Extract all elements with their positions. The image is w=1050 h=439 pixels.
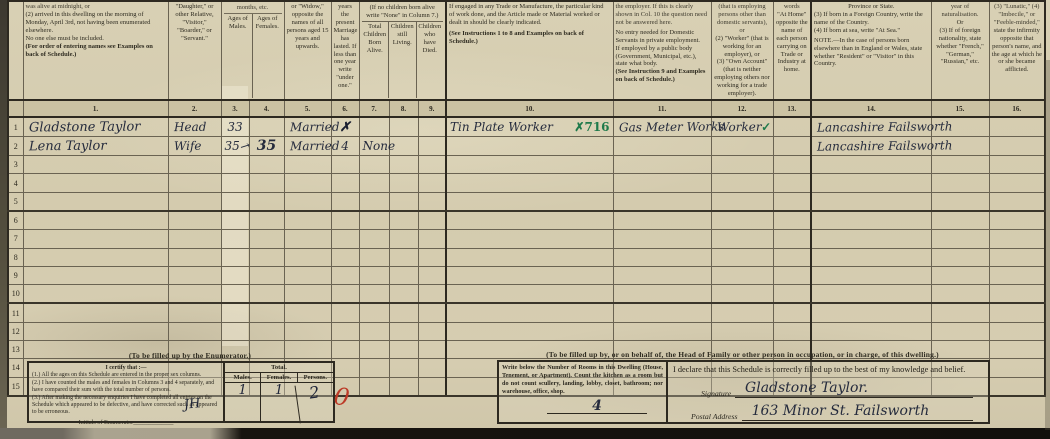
empty-cell bbox=[221, 285, 249, 304]
empty-cell bbox=[389, 211, 418, 230]
handwritten-persons-total: 2 bbox=[294, 381, 335, 424]
empty-cell bbox=[811, 285, 931, 304]
cell-industry bbox=[613, 137, 711, 156]
empty-cell bbox=[446, 248, 613, 266]
empty-cell bbox=[221, 266, 249, 284]
row-number: 8 bbox=[8, 248, 23, 266]
empty-cell bbox=[613, 266, 711, 284]
empty-cell bbox=[359, 322, 389, 340]
table-row-3: 3 bbox=[8, 156, 1045, 174]
arrow-mark: → bbox=[238, 139, 251, 154]
col-num-15: 15. bbox=[931, 100, 989, 117]
scan-edge-left bbox=[0, 0, 7, 430]
empty-cell bbox=[613, 192, 711, 211]
empty-cell bbox=[711, 230, 773, 248]
empty-cell bbox=[23, 156, 168, 174]
empty-cell bbox=[931, 192, 989, 211]
column-header-birthplace: Province or State. (3) If born in a Fore… bbox=[811, 1, 931, 100]
empty-cell bbox=[989, 266, 1045, 284]
initials-label: Initials of Enumerator bbox=[79, 419, 134, 426]
column-header-children: (If no children born alive write "None" … bbox=[359, 1, 446, 100]
empty-cell bbox=[284, 192, 331, 211]
empty-cell bbox=[23, 248, 168, 266]
empty-cell bbox=[168, 303, 221, 322]
empty-cell bbox=[811, 303, 931, 322]
checkmark-icon: ✓ bbox=[761, 120, 771, 134]
empty-cell bbox=[811, 322, 931, 340]
cell-children-born bbox=[359, 117, 389, 137]
empty-cell bbox=[931, 230, 989, 248]
empty-cell bbox=[418, 174, 446, 192]
empty-cell bbox=[773, 322, 811, 340]
cell-occupation: Tin Plate Worker ✗716 bbox=[446, 117, 613, 137]
handwritten-relation: Head bbox=[168, 121, 206, 133]
row-number: 11 bbox=[8, 303, 23, 322]
empty-cell bbox=[613, 285, 711, 304]
empty-cell bbox=[359, 211, 389, 230]
empty-cell bbox=[168, 156, 221, 174]
empty-cell bbox=[711, 174, 773, 192]
handwritten-condition: Married bbox=[284, 140, 339, 152]
empty-cell bbox=[331, 230, 359, 248]
column-header-relationship: "Daughter," or other Relative, "Visitor,… bbox=[168, 1, 221, 100]
empty-cell bbox=[446, 192, 613, 211]
empty-cell bbox=[221, 248, 249, 266]
table-row-2: 2 Lena Taylor Wife 35→ 35 Married 4 None… bbox=[8, 137, 1045, 156]
table-row-10: 10 bbox=[8, 285, 1045, 304]
column-header-years-married: years the present Marriage has lasted. I… bbox=[331, 1, 359, 100]
males-label: Males. bbox=[225, 373, 260, 382]
table-row-1: 1 Gladstone Taylor Head 33 Married ✗ Tin… bbox=[8, 117, 1045, 137]
handwritten-birthplace: Lancashire Failsworth bbox=[812, 139, 952, 152]
column-header-infirmity: (3) "Lunatic," (4) "Imbecile," or "Feebl… bbox=[989, 1, 1045, 100]
bottom-section: (To be filled up by the Enumerator.) I c… bbox=[0, 347, 1050, 428]
empty-cell bbox=[249, 303, 284, 322]
column-header-industry: the employer. If this is clearly shown i… bbox=[613, 1, 711, 100]
table-row-8: 8 bbox=[8, 248, 1045, 266]
empty-cell bbox=[418, 230, 446, 248]
col-num-16: 16. bbox=[989, 100, 1045, 117]
column-header-occupation: If engaged in any Trade or Manufacture, … bbox=[446, 1, 613, 100]
empty-cell bbox=[773, 303, 811, 322]
empty-cell bbox=[811, 248, 931, 266]
empty-cell bbox=[359, 174, 389, 192]
empty-cell bbox=[221, 211, 249, 230]
empty-cell bbox=[249, 230, 284, 248]
empty-cell bbox=[989, 174, 1045, 192]
rooms-box: Write below the Number of Rooms in this … bbox=[497, 360, 668, 424]
empty-cell bbox=[711, 285, 773, 304]
empty-cell bbox=[389, 322, 418, 340]
empty-cell bbox=[931, 211, 989, 230]
table-row-7: 7 bbox=[8, 230, 1045, 248]
green-code-mark: ✗716 bbox=[574, 121, 609, 133]
empty-cell bbox=[284, 174, 331, 192]
empty-cell bbox=[989, 322, 1045, 340]
declaration-text: I declare that this Schedule is correctl… bbox=[673, 365, 983, 375]
col-num-13: 13. bbox=[773, 100, 811, 117]
empty-cell bbox=[359, 285, 389, 304]
empty-cell bbox=[23, 303, 168, 322]
empty-cell bbox=[249, 266, 284, 284]
empty-cell bbox=[221, 322, 249, 340]
empty-cell bbox=[331, 248, 359, 266]
empty-cell bbox=[931, 285, 989, 304]
empty-cell bbox=[711, 192, 773, 211]
empty-cell bbox=[446, 156, 613, 174]
empty-cell bbox=[249, 322, 284, 340]
empty-cell bbox=[418, 285, 446, 304]
empty-cell bbox=[249, 248, 284, 266]
cell-relation: Head bbox=[168, 117, 221, 137]
column-header-name: was alive at midnight, or (2) arrived in… bbox=[23, 1, 168, 100]
females-label: Females. bbox=[260, 373, 296, 382]
handwritten-industry: Gas Meter Works bbox=[613, 121, 724, 134]
scan-edge-bottom bbox=[0, 428, 1050, 439]
empty-cell bbox=[418, 192, 446, 211]
cell-birthplace: Lancashire Failsworth bbox=[811, 117, 931, 137]
cell-birthplace: Lancashire Failsworth bbox=[811, 137, 931, 156]
empty-cell bbox=[359, 266, 389, 284]
table-row-4: 4 bbox=[8, 174, 1045, 192]
handwritten-children-born: None bbox=[360, 139, 396, 153]
handwritten-enumerator-initials: JH bbox=[184, 396, 202, 414]
handwritten-signature: Gladstone Taylor. bbox=[735, 380, 868, 396]
empty-cell bbox=[284, 285, 331, 304]
empty-cell bbox=[389, 266, 418, 284]
empty-cell bbox=[418, 248, 446, 266]
empty-cell bbox=[249, 174, 284, 192]
empty-cell bbox=[989, 211, 1045, 230]
handwritten-age-crossed: 35→ bbox=[222, 139, 250, 153]
empty-cell bbox=[359, 303, 389, 322]
empty-cell bbox=[23, 266, 168, 284]
empty-cell bbox=[359, 248, 389, 266]
empty-cell bbox=[418, 211, 446, 230]
empty-cell bbox=[389, 156, 418, 174]
scan-edge-right bbox=[1045, 60, 1050, 430]
empty-cell bbox=[989, 285, 1045, 304]
certify-item-2: (2.) I have counted the males and female… bbox=[32, 380, 220, 395]
column-header-marriage: or "Widow," opposite the names of all pe… bbox=[284, 1, 331, 100]
row-number: 1 bbox=[8, 117, 23, 137]
handwritten-females-total: 1 bbox=[260, 383, 296, 421]
cell-relation: Wife bbox=[168, 137, 221, 156]
empty-cell bbox=[711, 248, 773, 266]
table-row-5: 5 bbox=[8, 192, 1045, 211]
col-num-3: 3. bbox=[221, 100, 249, 117]
empty-cell bbox=[989, 192, 1045, 211]
cell-status bbox=[711, 137, 773, 156]
cell-age-male: 33 bbox=[221, 117, 249, 137]
empty-cell bbox=[284, 211, 331, 230]
cell-children-living bbox=[389, 117, 418, 137]
col-num-6: 6. bbox=[331, 100, 359, 117]
empty-cell bbox=[389, 285, 418, 304]
empty-cell bbox=[773, 174, 811, 192]
signature-label: Signature bbox=[701, 389, 731, 398]
empty-cell bbox=[613, 303, 711, 322]
empty-cell bbox=[168, 192, 221, 211]
cell-age-male: 35→ bbox=[221, 137, 249, 156]
col-num-10: 10. bbox=[446, 100, 613, 117]
empty-cell bbox=[811, 174, 931, 192]
empty-cell bbox=[284, 266, 331, 284]
col-num-1: 1. bbox=[23, 100, 168, 117]
empty-cell bbox=[389, 174, 418, 192]
empty-cell bbox=[331, 303, 359, 322]
handwritten-condition: Married bbox=[284, 121, 339, 133]
empty-cell bbox=[23, 174, 168, 192]
empty-cell bbox=[284, 230, 331, 248]
handwritten-postal-address: 163 Minor St. Failsworth bbox=[742, 403, 930, 419]
cell-at-home bbox=[773, 137, 811, 156]
postal-address-label: Postal Address bbox=[691, 412, 738, 421]
red-zero-mark: 0 bbox=[332, 382, 352, 412]
empty-cell bbox=[221, 230, 249, 248]
row-number: 9 bbox=[8, 266, 23, 284]
empty-cell bbox=[989, 248, 1045, 266]
cell-children-died bbox=[418, 137, 446, 156]
enumerator-box: I certify that :— (1.) All the ages on t… bbox=[27, 361, 335, 423]
empty-cell bbox=[446, 211, 613, 230]
column-header-children-living: Children still Living. bbox=[388, 22, 416, 98]
enumerator-caption: (To be filled up by the Enumerator.) bbox=[55, 351, 325, 360]
empty-cell bbox=[613, 211, 711, 230]
handwritten-birthplace: Lancashire Failsworth bbox=[812, 120, 952, 133]
cell-marriage: Married bbox=[284, 137, 331, 156]
row-number: 7 bbox=[8, 230, 23, 248]
empty-cell bbox=[168, 248, 221, 266]
table-row-9: 9 bbox=[8, 266, 1045, 284]
empty-cell bbox=[221, 192, 249, 211]
empty-cell bbox=[613, 230, 711, 248]
empty-cell bbox=[359, 230, 389, 248]
col-num-12: 12. bbox=[711, 100, 773, 117]
empty-cell bbox=[931, 322, 989, 340]
empty-cell bbox=[446, 174, 613, 192]
col-num-5: 5. bbox=[284, 100, 331, 117]
table-row-6: 6 bbox=[8, 211, 1045, 230]
cell-at-home bbox=[773, 117, 811, 137]
col-num-11: 11. bbox=[613, 100, 711, 117]
empty-cell bbox=[446, 266, 613, 284]
column-header-nationality: year of naturalisation. Or (3) If of for… bbox=[931, 1, 989, 100]
empty-cell bbox=[331, 192, 359, 211]
cell-infirmity bbox=[989, 117, 1045, 137]
empty-cell bbox=[359, 192, 389, 211]
empty-cell bbox=[711, 322, 773, 340]
col-num-7: 7. bbox=[359, 100, 389, 117]
empty-cell bbox=[331, 285, 359, 304]
empty-cell bbox=[418, 266, 446, 284]
empty-cell bbox=[418, 303, 446, 322]
cell-age-female bbox=[249, 117, 284, 137]
handwritten-name: Gladstone Taylor bbox=[23, 121, 140, 135]
empty-cell bbox=[613, 156, 711, 174]
row-number: 6 bbox=[8, 211, 23, 230]
empty-cell bbox=[446, 285, 613, 304]
empty-cell bbox=[711, 266, 773, 284]
cell-infirmity bbox=[989, 137, 1045, 156]
empty-cell bbox=[613, 322, 711, 340]
declaration-box: I declare that this Schedule is correctl… bbox=[666, 360, 990, 424]
cell-status: Worker✓ bbox=[711, 117, 773, 137]
totals-title: Total. bbox=[225, 363, 333, 373]
empty-cell bbox=[446, 303, 613, 322]
empty-cell bbox=[773, 248, 811, 266]
empty-cell bbox=[989, 156, 1045, 174]
cell-name: Lena Taylor bbox=[23, 137, 168, 156]
column-header-children-died: Children who have Died. bbox=[416, 22, 444, 98]
empty-cell bbox=[168, 266, 221, 284]
empty-cell bbox=[931, 248, 989, 266]
certify-item-1: (1.) All the ages on this Schedule are e… bbox=[32, 372, 220, 379]
empty-cell bbox=[931, 303, 989, 322]
empty-cell bbox=[711, 211, 773, 230]
table-row-12: 12 bbox=[8, 322, 1045, 340]
empty-cell bbox=[331, 174, 359, 192]
empty-cell bbox=[446, 322, 613, 340]
handwritten-age-corrected: 35 bbox=[250, 139, 284, 153]
empty-cell bbox=[811, 266, 931, 284]
empty-cell bbox=[331, 322, 359, 340]
empty-cell bbox=[23, 211, 168, 230]
empty-cell bbox=[221, 303, 249, 322]
empty-cell bbox=[168, 174, 221, 192]
empty-cell bbox=[773, 266, 811, 284]
row-number: 3 bbox=[8, 156, 23, 174]
empty-cell bbox=[811, 156, 931, 174]
empty-cell bbox=[284, 248, 331, 266]
empty-cell bbox=[23, 285, 168, 304]
handwritten-occupation: Tin Plate Worker bbox=[450, 121, 553, 133]
empty-cell bbox=[446, 230, 613, 248]
handwritten-rooms-count: 4 bbox=[592, 398, 602, 414]
empty-cell bbox=[284, 303, 331, 322]
empty-cell bbox=[389, 230, 418, 248]
empty-cell bbox=[221, 156, 249, 174]
column-header-children-born: Total Children Born Alive. bbox=[362, 22, 389, 98]
row-number: 5 bbox=[8, 192, 23, 211]
handwritten-status: Worker bbox=[711, 121, 761, 133]
empty-cell bbox=[811, 211, 931, 230]
empty-cell bbox=[359, 156, 389, 174]
cell-industry: Gas Meter Works bbox=[613, 117, 711, 137]
empty-cell bbox=[811, 192, 931, 211]
census-table: was alive at midnight, or (2) arrived in… bbox=[7, 0, 1046, 397]
row-number: 4 bbox=[8, 174, 23, 192]
empty-cell bbox=[773, 285, 811, 304]
handwritten-name: Lena Taylor bbox=[23, 140, 106, 154]
empty-cell bbox=[773, 230, 811, 248]
empty-cell bbox=[249, 285, 284, 304]
cell-children-born: None bbox=[359, 137, 389, 156]
row-number: 12 bbox=[8, 322, 23, 340]
empty-cell bbox=[811, 230, 931, 248]
enumerator-certification: I certify that :— (1.) All the ages on t… bbox=[29, 363, 225, 421]
empty-cell bbox=[249, 156, 284, 174]
handwritten-males-total: 1 bbox=[225, 383, 260, 421]
col-num-8: 8. bbox=[389, 100, 418, 117]
empty-cell bbox=[931, 156, 989, 174]
col-num-4: 4. bbox=[249, 100, 284, 117]
column-header-ages-males: Ages of Males. bbox=[224, 14, 253, 98]
col-num-2: 2. bbox=[168, 100, 221, 117]
handwritten-relation: Wife bbox=[168, 140, 201, 152]
empty-cell bbox=[711, 156, 773, 174]
empty-cell bbox=[168, 211, 221, 230]
empty-cell bbox=[23, 230, 168, 248]
empty-cell bbox=[773, 156, 811, 174]
empty-cell bbox=[613, 174, 711, 192]
empty-cell bbox=[331, 211, 359, 230]
cell-marriage: Married bbox=[284, 117, 331, 137]
col-num-14: 14. bbox=[811, 100, 931, 117]
empty-cell bbox=[168, 322, 221, 340]
empty-cell bbox=[773, 192, 811, 211]
empty-cell bbox=[23, 192, 168, 211]
empty-cell bbox=[931, 266, 989, 284]
empty-cell bbox=[168, 230, 221, 248]
cell-age-female: 35 bbox=[249, 137, 284, 156]
totals-table: Total. Males. Females. Persons. 1 1 2 bbox=[225, 363, 333, 421]
empty-cell bbox=[418, 322, 446, 340]
empty-cell bbox=[773, 211, 811, 230]
empty-cell bbox=[284, 156, 331, 174]
empty-cell bbox=[331, 266, 359, 284]
row-number: 10 bbox=[8, 285, 23, 304]
empty-cell bbox=[221, 174, 249, 192]
empty-cell bbox=[284, 322, 331, 340]
row-number: 2 bbox=[8, 137, 23, 156]
empty-cell bbox=[389, 192, 418, 211]
cell-children-died bbox=[418, 117, 446, 137]
empty-cell bbox=[989, 230, 1045, 248]
column-header-employment-status: (that is employing persons other than do… bbox=[711, 1, 773, 100]
column-header-ages-females: Ages of Females. bbox=[252, 14, 282, 98]
rooms-instruction: Write below the Number of Rooms in this … bbox=[502, 364, 663, 396]
handwritten-age: 33 bbox=[222, 121, 249, 133]
empty-cell bbox=[331, 156, 359, 174]
cell-occupation bbox=[446, 137, 613, 156]
empty-cell bbox=[613, 248, 711, 266]
empty-cell bbox=[249, 211, 284, 230]
empty-cell bbox=[389, 248, 418, 266]
col-num-9: 9. bbox=[418, 100, 446, 117]
column-number-row: 1. 2. 3. 4. 5. 6. 7. 8. 9. 10. 11. 12. 1… bbox=[8, 100, 1045, 117]
head-of-family-caption: (To be filled up by, or on behalf of, th… bbox=[495, 350, 990, 359]
empty-cell bbox=[168, 285, 221, 304]
empty-cell bbox=[989, 303, 1045, 322]
column-header-ages: months, etc. Ages of Males. Ages of Fema… bbox=[221, 1, 284, 100]
header-row: was alive at midnight, or (2) arrived in… bbox=[8, 1, 1045, 100]
row-number-header bbox=[8, 1, 23, 100]
empty-cell bbox=[711, 303, 773, 322]
column-header-at-home: words "At Home" opposite the name of eac… bbox=[773, 1, 811, 100]
empty-cell bbox=[931, 174, 989, 192]
table-row-11: 11 bbox=[8, 303, 1045, 322]
census-schedule-sheet: was alive at midnight, or (2) arrived in… bbox=[0, 0, 1050, 439]
empty-cell bbox=[249, 192, 284, 211]
empty-cell bbox=[389, 303, 418, 322]
cell-name: Gladstone Taylor bbox=[23, 117, 168, 137]
empty-cell bbox=[23, 322, 168, 340]
empty-cell bbox=[418, 156, 446, 174]
